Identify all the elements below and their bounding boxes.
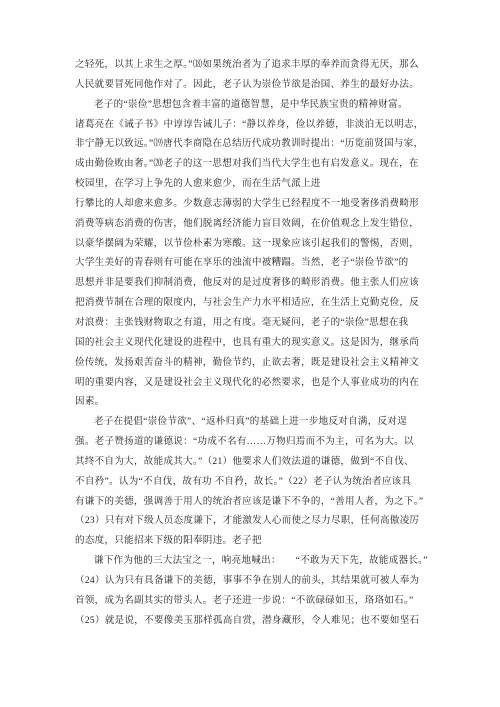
- text-line: 对浪费：主张钱财物取之有道，用之有度。毫无疑问，老子的“崇俭”思想在我: [75, 314, 431, 334]
- text-line: 有谦下的美德，强调善于用人的统治者应该是谦下不争的，“善用人者，为之下。”: [75, 493, 431, 513]
- text-line: 非宁静无以致远。”⒆唐代李商隐在总结历代成功教训时提出：“历览前贤国与家，: [75, 135, 431, 155]
- text-line: 老子在提倡“崇俭节欲”、“返朴归真”的基础上进一步地反对自满，反对逞: [75, 413, 431, 433]
- page-text: 之轻死，以其上求生之厚。”⒅如果统治者为了追求丰厚的奉养而贪得无厌，那么 人民就…: [75, 56, 431, 631]
- text-line: 之轻死，以其上求生之厚。”⒅如果统治者为了追求丰厚的奉养而贪得无厌，那么: [75, 56, 431, 76]
- text-line: （23）只有对下级人员态度谦下，才能激发人心而使之尽力尽职，任何高傲凌厉: [75, 512, 431, 532]
- text-line: 俭传统，发扬艰苦奋斗的精神，勤俭节约，止欲去奢，既是建设社会主义精神文: [75, 354, 431, 374]
- text-line: （24）认为只有具备谦下的美德，事事不争在别人的前头，其结果就可被人奉为: [75, 572, 431, 592]
- text-line: 人民就要冒死同他作对了。因此，老子认为崇俭节欲是治国、养生的最好办法。: [75, 76, 431, 96]
- text-line: 国的社会主义现代化建设的进程中，也具有重大的现实意义。这是因为，继承尚: [75, 334, 431, 354]
- text-line: 谦下作为他的三大法宝之一，响亮地喊出： “不敢为天下先，故能成器长。”: [75, 552, 431, 572]
- text-line: 行攀比的人却愈来愈多。少数意志薄弱的大学生已经程度不一地受奢侈消费畸形: [75, 195, 431, 215]
- text-line: 其终不自为大，故能成其大。”（21）他要求人们效法道的谦德，做到“不自伐、: [75, 453, 431, 473]
- text-line: 强。老子赞扬道的谦德说：“功成不名有……万物归焉而不为主，可名为大。以: [75, 433, 431, 453]
- text-line: 成由勤俭败由奢。”⒇老子的这一思想对我们当代大学生也有启发意义。现在，在: [75, 155, 431, 175]
- text-line: 思想并非是要我们抑制消费，他反对的是过度奢侈的畸形消费。他主张人们应该: [75, 274, 431, 294]
- text-line: 以豪华摆阔为荣耀，以节俭朴素为寒酸。这一现象应该引起我们的警惕，否则，: [75, 235, 431, 255]
- text-line: 首领，成为名副其实的带头人。老子还进一步说：“不欲碌碌如玉，珞珞如石。”: [75, 592, 431, 612]
- text-line: 把消费节制在合理的限度内，与社会生产力水平相适应，在生活上克勤克俭，反: [75, 294, 431, 314]
- text-line: 校园里，在学习上争先的人愈来愈少，而在生活气派上进: [75, 175, 431, 195]
- text-line: 因素。: [75, 393, 431, 413]
- text-line: 大学生美好的青春则有可能在享乐的浊流中被糟蹋。当然，老子“崇俭节欲”的: [75, 254, 431, 274]
- document-page: 之轻死，以其上求生之厚。”⒅如果统治者为了追求丰厚的奉养而贪得无厌，那么 人民就…: [0, 0, 500, 707]
- text-line: 诸葛亮在《诫子书》中谆谆告诫儿子：“静以养身，俭以养德，非淡泊无以明志，: [75, 116, 431, 136]
- text-line: （25）就是说，不要像美玉那样孤高自赏，潜身藏形，令人难见；也不要如坚石: [75, 612, 431, 632]
- text-line: 不自矜”。认为“不自伐，故有功 不自矜，故长。”（22）老子认为统治者应该具: [75, 473, 431, 493]
- text-line: 明的重要内容，又是建设社会主义现代化的必然要求，也是个人事业成功的内在: [75, 374, 431, 394]
- text-line: 的态度，只能招来下级的阳奉阴违。老子把: [75, 532, 431, 552]
- text-line: 老子的“崇俭”思想包含着丰富的道德智慧，是中华民族宝贵的精神财富。: [75, 96, 431, 116]
- text-line: 消费等病态消费的伤害，他们脱离经济能力盲目效阔，在价值观念上发生错位，: [75, 215, 431, 235]
